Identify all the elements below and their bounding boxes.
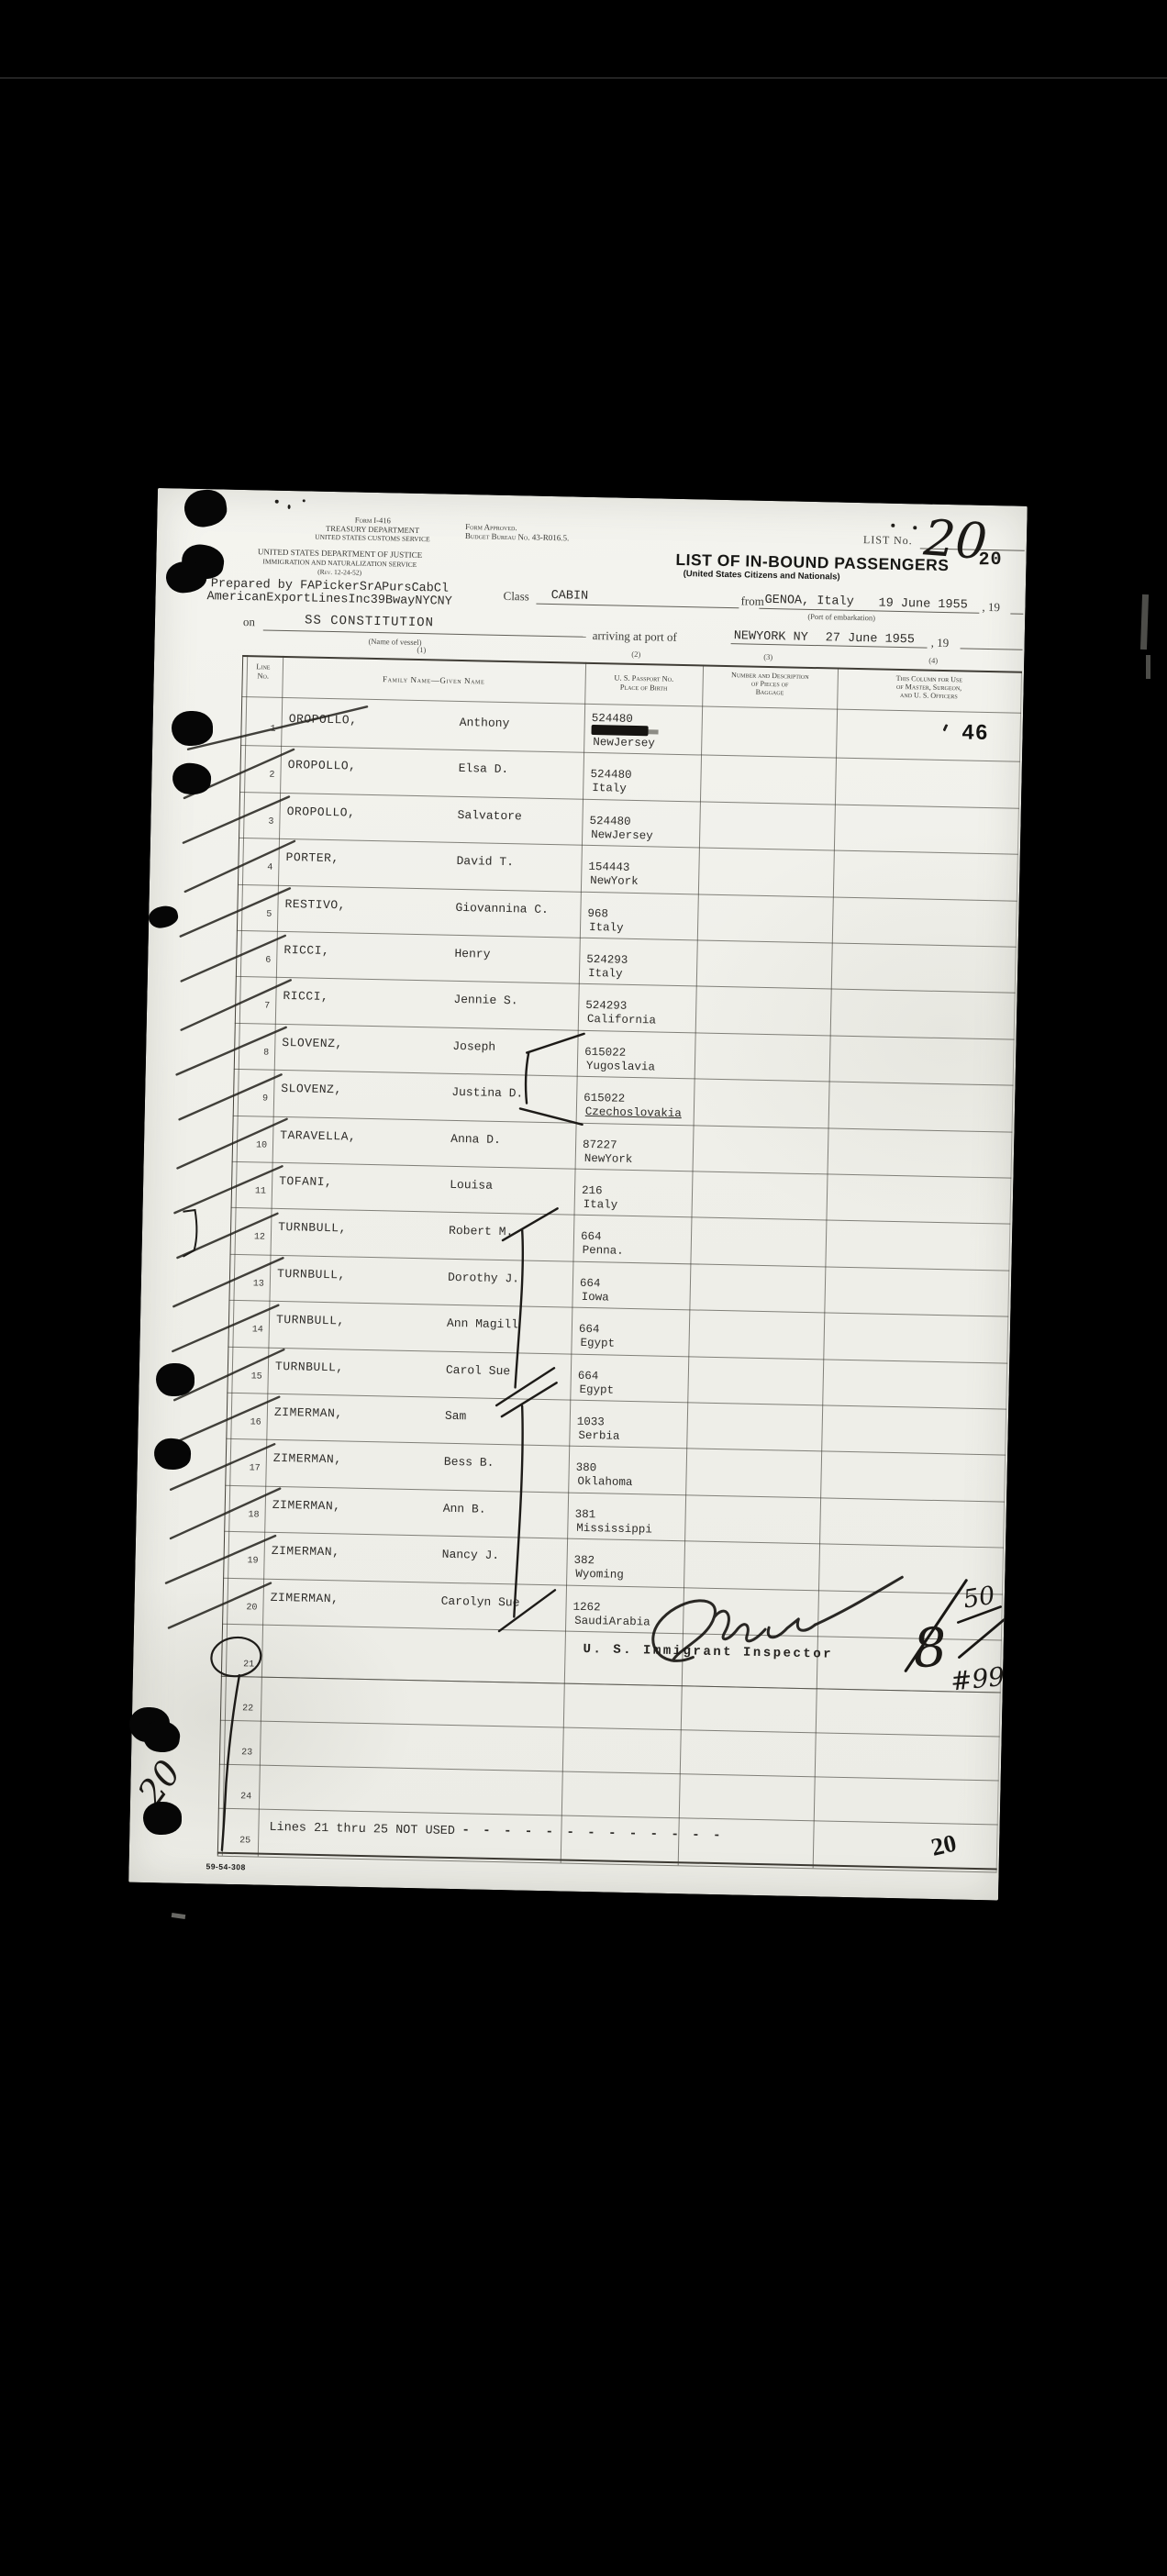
- row-check-slashes: [165, 703, 367, 1631]
- badge-number: #99: [949, 1661, 1006, 1697]
- margin-bracket: [182, 1210, 196, 1257]
- bracket-rows-8-9: [520, 1032, 584, 1124]
- film-fleck: [172, 1913, 186, 1919]
- check-slash: [183, 794, 289, 845]
- hole-punch: [156, 1363, 194, 1396]
- check-slash: [170, 1394, 279, 1447]
- bracket-rows-16-20: [497, 1382, 560, 1632]
- check-slash: [180, 1072, 282, 1121]
- check-slash: [177, 1025, 286, 1076]
- film-fleck: [1140, 594, 1149, 650]
- check-slash: [172, 1303, 278, 1353]
- check-slash: [188, 703, 367, 753]
- check-slash: [174, 1164, 282, 1216]
- handwritten-list-no: 20: [921, 508, 989, 571]
- unused-lines-strike: [222, 1675, 239, 1850]
- handwriting-overlay: 20 8 50 #99: [128, 488, 1028, 1901]
- check-slash: [182, 934, 285, 983]
- check-slash: [171, 1486, 280, 1540]
- scanned-photo-background: { "doc": { "agency": { "form_no": "Form …: [0, 0, 1167, 2576]
- film-fleck: [1146, 655, 1150, 679]
- fee-big-digit: 8: [911, 1616, 949, 1680]
- check-slash: [169, 1581, 271, 1629]
- check-slash: [177, 1116, 286, 1171]
- bracket-rows-12-15: [496, 1207, 558, 1406]
- film-edge-line: [0, 77, 1167, 79]
- check-slash: [173, 1256, 283, 1309]
- hole-punch: [172, 711, 213, 746]
- check-slash: [177, 1212, 277, 1260]
- manifest-page: Form I-416 TREASURY DEPARTMENT UNITED ST…: [128, 488, 1028, 1901]
- circle-line-21: [209, 1635, 263, 1679]
- inspector-signature: [652, 1572, 902, 1666]
- check-slash: [182, 978, 291, 1032]
- check-slash: [185, 838, 295, 894]
- check-slash: [181, 886, 290, 938]
- check-slash: [166, 1534, 275, 1585]
- handwritten-fee-note: 8 50 #99: [906, 1579, 1009, 1697]
- hole-punch: [143, 1802, 182, 1835]
